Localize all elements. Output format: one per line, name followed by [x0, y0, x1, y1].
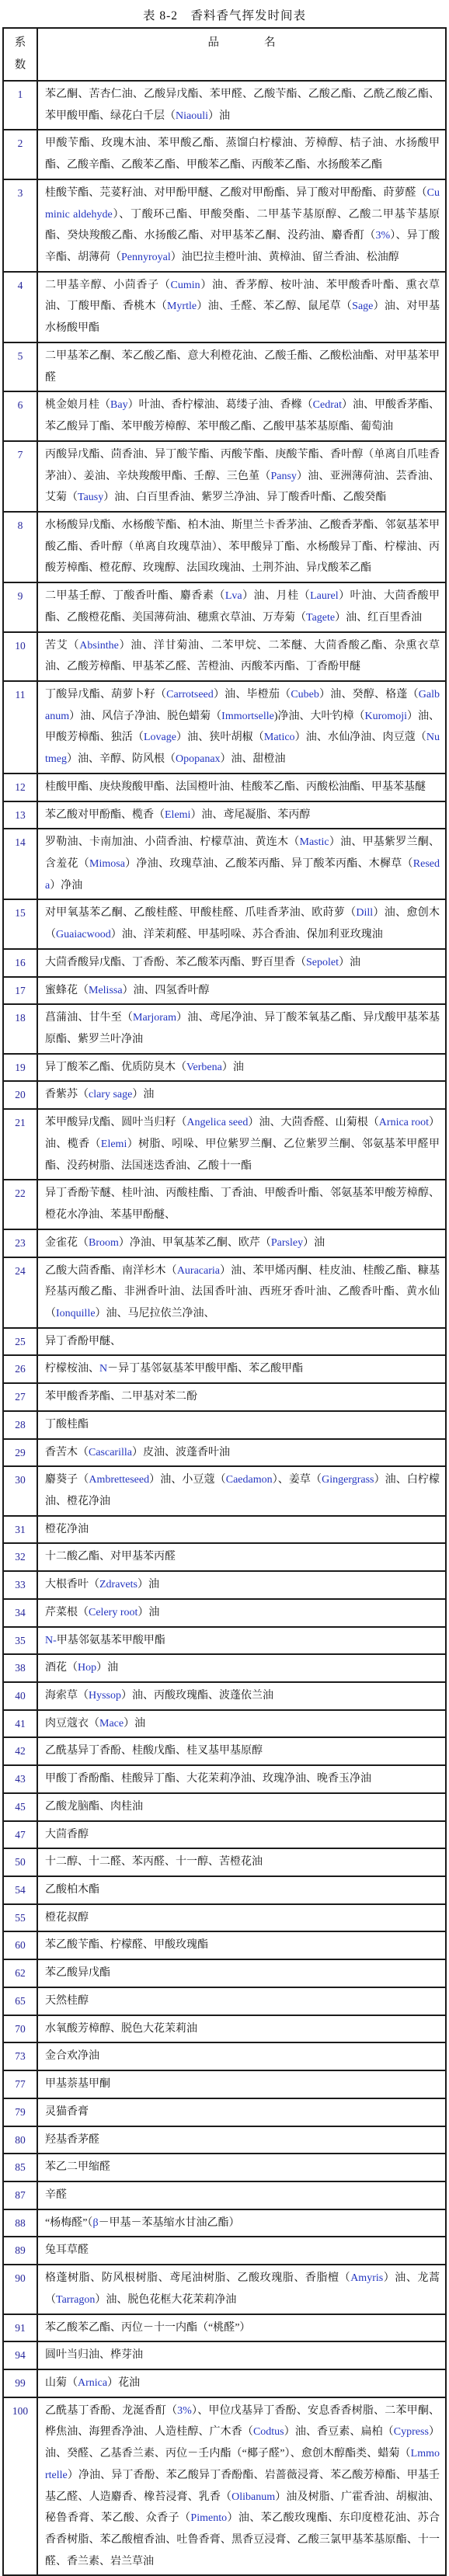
row-coefficient: 23 [3, 1229, 37, 1257]
latin-text: Lva [225, 590, 242, 602]
row-items: 苦艾（Absinthe）油、洋甘菊油、二苯甲烷、二苯醚、大茴香酸乙酯、杂熏衣草油… [37, 632, 446, 681]
latin-text: Marjoram [133, 1012, 176, 1024]
table-row: 29香苦木（Cascarilla）皮油、波蓬香叶油 [3, 1439, 446, 1467]
row-items: 苯甲酸异戊酯、圆叶当归籽（Angelica seed）油、大茴香醛、山菊根（Ar… [37, 1109, 446, 1180]
row-coefficient: 80 [3, 2126, 37, 2154]
row-coefficient: 90 [3, 2265, 37, 2314]
table-row: 26柠檬桉油、N－异丁基邻氨基苯甲酸甲酯、苯乙酸甲酯 [3, 1355, 446, 1383]
row-coefficient: 11 [3, 681, 37, 773]
row-items: 甲基萘基甲酮 [37, 2070, 446, 2098]
row-coefficient: 27 [3, 1383, 37, 1411]
table-row: 22异丁香酚苄醚、桂叶油、丙酸桂酯、丁香油、甲酸香叶酯、邻氨基苯甲酸芳樟醇、橙花… [3, 1180, 446, 1229]
row-coefficient: 42 [3, 1737, 37, 1765]
table-row: 30麝葵子（Ambretteseed）油、小豆蔻（Caedamon）、姜草（Gi… [3, 1466, 446, 1515]
latin-text: Gingergrass [322, 1474, 374, 1486]
latin-text: Codtus [253, 2426, 284, 2438]
row-coefficient: 8 [3, 512, 37, 582]
row-coefficient: 21 [3, 1109, 37, 1180]
row-coefficient: 16 [3, 949, 37, 977]
table-row: 62苯乙酸异戊酯 [3, 1959, 446, 1987]
table-row: 54乙酸柏木酯 [3, 1876, 446, 1904]
row-items: 大茴香酸异戊酯、丁香酚、苯乙酸苯丙酯、野百里香（Sepolet）油 [37, 949, 446, 977]
table-row: 99山菊（Arnica）花油 [3, 2369, 446, 2397]
row-coefficient: 87 [3, 2181, 37, 2209]
latin-text: Laurel [310, 590, 339, 602]
row-coefficient: 50 [3, 1848, 37, 1876]
table-body: 1苯乙酮、苦杏仁油、乙酸异戊酯、苯甲醛、乙酸苄酯、乙酸乙酯、乙酰乙酸乙酯、苯甲酸… [3, 81, 446, 2575]
row-items: 乙酸大茴香酯、南洋杉木（Auracaria）油、苯甲烯丙酮、桂皮油、桂酸乙酯、糠… [37, 1257, 446, 1328]
row-items: 金合欢净油 [37, 2042, 446, 2070]
table-row: 100乙酰基丁香酚、龙涎香酊（3%）、甲位戊基异丁香酚、安息香香树脂、二苯甲酮、… [3, 2397, 446, 2576]
row-items: 桂酸甲酯、庚炔羧酸甲酯、法国橙叶油、桂酸苯乙酯、丙酸松油酯、甲基苯基醚 [37, 773, 446, 801]
table-row: 91苯乙酸苯乙酯、丙位－十一内酯（“桃醛”） [3, 2314, 446, 2342]
table-row: 90格蓬树脂、防风根树脂、鸢尾油树脂、乙酸玫瑰脂、香脂檀（Amyris）油、龙蒿… [3, 2265, 446, 2314]
row-coefficient: 18 [3, 1004, 37, 1053]
row-coefficient: 55 [3, 1904, 37, 1932]
row-items: 灵猫香膏 [37, 2098, 446, 2126]
row-items: 乙酰基丁香酚、龙涎香酊（3%）、甲位戊基异丁香酚、安息香香树脂、二苯甲酮、桦焦油… [37, 2397, 446, 2576]
row-coefficient: 47 [3, 1821, 37, 1849]
latin-text: Caedamon [226, 1474, 273, 1486]
latin-text: Celery root [89, 1607, 137, 1618]
row-coefficient: 12 [3, 773, 37, 801]
table-row: 87辛醛 [3, 2181, 446, 2209]
row-items: N-甲基邻氨基苯甲酸甲酯 [37, 1627, 446, 1655]
row-items: 甲酸丁香酚酯、桂酸异丁酯、大花茉莉净油、玫瑰净油、晚香玉净油 [37, 1765, 446, 1793]
row-items: 圆叶当归油、桦芽油 [37, 2341, 446, 2369]
table-row: 34芹菜根（Celery root）油 [3, 1599, 446, 1627]
latin-text: Carrotseed [166, 689, 214, 700]
latin-text: Dill [356, 907, 373, 919]
row-items: 乙酸柏木酯 [37, 1876, 446, 1904]
latin-text: Parsley [271, 1237, 303, 1249]
latin-text: Sepolet [306, 957, 339, 968]
table-row: 14罗勒油、卡南加油、小茴香油、柠檬草油、黄连木（Mastic）油、甲基紫罗兰酮… [3, 829, 446, 899]
row-items: 苯乙酸异戊酯 [37, 1959, 446, 1987]
latin-text: Opopanax [176, 753, 221, 765]
row-items: 海索草（Hyssop）油、丙酸玫瑰酯、波蓬依兰油 [37, 1682, 446, 1710]
latin-text: Broom [89, 1237, 119, 1249]
table-row: 79灵猫香膏 [3, 2098, 446, 2126]
row-items: 异丁香酚苄醚、桂叶油、丙酸桂酯、丁香油、甲酸香叶酯、邻氨基苯甲酸芳樟醇、橙花水净… [37, 1180, 446, 1229]
header-row: 系 数 品 名 [3, 28, 446, 81]
row-coefficient: 9 [3, 582, 37, 631]
row-coefficient: 54 [3, 1876, 37, 1904]
latin-text: Matico [264, 732, 295, 743]
row-coefficient: 26 [3, 1355, 37, 1383]
row-coefficient: 89 [3, 2237, 37, 2265]
row-coefficient: 17 [3, 977, 37, 1005]
row-items: 橙花净油 [37, 1516, 446, 1544]
latin-text: Absinthe [79, 640, 119, 652]
row-coefficient: 31 [3, 1516, 37, 1544]
row-items: 对甲氧基苯乙酮、乙酸桂醛、甲酸桂醛、爪哇香茅油、欧莳萝（Dill）油、愈创木（G… [37, 899, 446, 948]
row-items: 橙花叔醇 [37, 1904, 446, 1932]
row-coefficient: 100 [3, 2397, 37, 2576]
column-header-coefficient-line2: 数 [4, 54, 37, 77]
row-items: 丙酸异戊酯、茴香油、异丁酸苄酯、丙酸苄酯、庚酸苄酯、香叶醇（单离自爪哇香茅油）、… [37, 441, 446, 512]
row-coefficient: 4 [3, 272, 37, 342]
table-row: 12桂酸甲酯、庚炔羧酸甲酯、法国橙叶油、桂酸苯乙酯、丙酸松油酯、甲基苯基醚 [3, 773, 446, 801]
row-coefficient: 43 [3, 1765, 37, 1793]
row-coefficient: 79 [3, 2098, 37, 2126]
latin-text: Hyssop [89, 1690, 121, 1702]
row-items: 二甲基壬醇、丁酸香叶酯、麝香素（Lva）油、月桂（Laurel）叶油、大茴香酸甲… [37, 582, 446, 631]
row-coefficient: 40 [3, 1682, 37, 1710]
row-items: 水氧酸芳樟醇、脱色大花茉莉油 [37, 2015, 446, 2043]
table-row: 80羟基香茅醛 [3, 2126, 446, 2154]
table-row: 27苯甲酸香茅酯、二甲基对苯二酚 [3, 1383, 446, 1411]
latin-text: Immortselle [221, 711, 274, 722]
latin-text: Auracaria [177, 1265, 220, 1277]
row-items: 蜜蜂花（Melissa）油、四氢香叶醇 [37, 977, 446, 1005]
table-row: 35N-甲基邻氨基苯甲酸甲酯 [3, 1627, 446, 1655]
table-row: 15对甲氧基苯乙酮、乙酸桂醛、甲酸桂醛、爪哇香茅油、欧莳萝（Dill）油、愈创木… [3, 899, 446, 948]
table-row: 31橙花净油 [3, 1516, 446, 1544]
row-coefficient: 73 [3, 2042, 37, 2070]
table-row: 85苯乙二甲缩醛 [3, 2154, 446, 2181]
row-items: 丁酸桂酯 [37, 1411, 446, 1439]
column-header-coefficient: 系 数 [3, 28, 37, 81]
row-items: “杨梅醛”（β－甲基－苯基缩水甘油乙酯） [37, 2209, 446, 2237]
latin-text: Tagete [306, 612, 335, 624]
row-coefficient: 25 [3, 1328, 37, 1356]
row-items: 苯乙二甲缩醛 [37, 2154, 446, 2181]
table-row: 3桂酸苄酯、芫荽籽油、对甲酚甲醚、乙酸对甲酚酯、异丁酸对甲酚酯、莳萝醛（Cumi… [3, 179, 446, 272]
table-row: 70水氧酸芳樟醇、脱色大花茉莉油 [3, 2015, 446, 2043]
row-items: 十二醇、十二醛、苯丙醛、十一醇、苦橙花油 [37, 1848, 446, 1876]
row-coefficient: 2 [3, 130, 37, 179]
latin-text: Hop [78, 1662, 96, 1674]
row-items: 异丁香酚甲醚、 [37, 1328, 446, 1356]
table-row: 16大茴香酸异戊酯、丁香酚、苯乙酸苯丙酯、野百里香（Sepolet）油 [3, 949, 446, 977]
row-coefficient: 99 [3, 2369, 37, 2397]
latin-text: Arnica [78, 2377, 107, 2389]
latin-text: N- [45, 1635, 57, 1646]
row-items: 苯乙酮、苦杏仁油、乙酸异戊酯、苯甲醛、乙酸苄酯、乙酸乙酯、乙酰乙酸乙酯、苯甲酸甲… [37, 81, 446, 130]
table-row: 32十二酸乙酯、对甲基苯丙醛 [3, 1543, 446, 1571]
row-coefficient: 24 [3, 1257, 37, 1328]
latin-text: Cuminic aldehyde [45, 187, 440, 221]
row-items: 甲酸苄酯、玫瑰木油、苯甲酸乙酯、蒸馏白柠檬油、芳樟醇、桔子油、水扬酸甲酯、乙酸辛… [37, 130, 446, 179]
table-row: 9二甲基壬醇、丁酸香叶酯、麝香素（Lva）油、月桂（Laurel）叶油、大茴香酸… [3, 582, 446, 631]
latin-text: Mimosa [89, 858, 125, 870]
row-coefficient: 28 [3, 1411, 37, 1439]
row-items: 苯甲酸香茅酯、二甲基对苯二酚 [37, 1383, 446, 1411]
table-row: 4二甲基辛醇、小茴香子（Cumin）油、香茅醇、桉叶油、苯甲酸香叶酯、熏衣草油、… [3, 272, 446, 342]
row-coefficient: 65 [3, 1987, 37, 2015]
row-coefficient: 88 [3, 2209, 37, 2237]
row-coefficient: 33 [3, 1571, 37, 1599]
latin-text: Niaouli [176, 110, 208, 122]
table-row: 38酒花（Hop）油 [3, 1654, 446, 1682]
row-items: 肉豆蔻衣（Mace）油 [37, 1710, 446, 1738]
column-header-coefficient-line1: 系 [4, 32, 37, 54]
latin-text: Cubeb [291, 689, 319, 700]
row-coefficient: 22 [3, 1180, 37, 1229]
row-items: 乙酸龙脑酯、肉桂油 [37, 1793, 446, 1821]
table-row: 45乙酸龙脑酯、肉桂油 [3, 1793, 446, 1821]
latin-text: Arnica root [379, 1117, 429, 1128]
latin-text: Pansy [270, 471, 296, 482]
latin-text: clary sage [89, 1089, 132, 1100]
table-row: 47大茴香醇 [3, 1821, 446, 1849]
table-row: 43甲酸丁香酚酯、桂酸异丁酯、大花茉莉净油、玫瑰净油、晚香玉净油 [3, 1765, 446, 1793]
table-row: 25异丁香酚甲醚、 [3, 1328, 446, 1356]
latin-text: Sage [352, 301, 373, 312]
table-row: 24乙酸大茴香酯、南洋杉木（Auracaria）油、苯甲烯丙酮、桂皮油、桂酸乙酯… [3, 1257, 446, 1328]
row-coefficient: 34 [3, 1599, 37, 1627]
latin-text: Ionquille [56, 1308, 96, 1319]
latin-text: Lovage [144, 732, 176, 743]
row-coefficient: 62 [3, 1959, 37, 1987]
table-row: 89兔耳草醛 [3, 2237, 446, 2265]
table-row: 19异丁酸苯乙酯、优质防臭木（Verbena）油 [3, 1054, 446, 1082]
table-row: 73金合欢净油 [3, 2042, 446, 2070]
row-items: 芹菜根（Celery root）油 [37, 1599, 446, 1627]
row-coefficient: 41 [3, 1710, 37, 1738]
table-row: 8水杨酸异戊酯、水杨酸苄酯、柏木油、斯里兰卡香茅油、乙酸香茅酯、邻氨基苯甲酸乙酯… [3, 512, 446, 582]
latin-text: Olibanum [231, 2491, 275, 2503]
table-row: 42乙酰基异丁香酚、桂酸戊酯、桂叉基甲基原醇 [3, 1737, 446, 1765]
table-row: 5二甲基苯乙酮、苯乙酸乙酯、意大利橙花油、乙酸壬酯、乙酸松油酯、对甲基苯甲醛 [3, 342, 446, 391]
row-items: 天然桂醇 [37, 1987, 446, 2015]
latin-text: Tarragon [56, 2294, 95, 2306]
row-items: 金雀花（Broom）净油、甲氧基苯乙酮、欧芹（Parsley）油 [37, 1229, 446, 1257]
table-row: 23金雀花（Broom）净油、甲氧基苯乙酮、欧芹（Parsley）油 [3, 1229, 446, 1257]
row-coefficient: 70 [3, 2015, 37, 2043]
table-row: 6桃金娘月桂（Bay）叶油、香柠檬油、葛缕子油、香橼（Cedrat）油、甲酸香茅… [3, 391, 446, 440]
row-items: 苯乙酸苄酯、柠檬醛、甲酸玫瑰酯 [37, 1931, 446, 1959]
latin-text: N [99, 1363, 107, 1375]
table-row: 65天然桂醇 [3, 1987, 446, 2015]
latin-text: Kuromoji [365, 711, 407, 722]
row-coefficient: 29 [3, 1439, 37, 1467]
row-items: 香苦木（Cascarilla）皮油、波蓬香叶油 [37, 1439, 446, 1467]
table-row: 50十二醇、十二醛、苯丙醛、十一醇、苦橙花油 [3, 1848, 446, 1876]
latin-text: Amyris [350, 2272, 383, 2284]
row-coefficient: 19 [3, 1054, 37, 1082]
page-title: 表 8-2 香料香气挥发时间表 [0, 5, 449, 27]
row-coefficient: 60 [3, 1931, 37, 1959]
table-row: 33大根香叶（Zdravets）油 [3, 1571, 446, 1599]
latin-text: Cedrat [313, 399, 342, 411]
latin-text: 3% [375, 230, 390, 242]
row-items: 香紫苏（clary sage）油 [37, 1081, 446, 1109]
latin-text: Guaiacwood [56, 929, 111, 940]
table-row: 7丙酸异戊酯、茴香油、异丁酸苄酯、丙酸苄酯、庚酸苄酯、香叶醇（单离自爪哇香茅油）… [3, 441, 446, 512]
row-coefficient: 45 [3, 1793, 37, 1821]
row-coefficient: 1 [3, 81, 37, 130]
table-row: 28丁酸桂酯 [3, 1411, 446, 1439]
row-coefficient: 85 [3, 2154, 37, 2181]
row-coefficient: 91 [3, 2314, 37, 2342]
row-coefficient: 6 [3, 391, 37, 440]
row-items: 辛醛 [37, 2181, 446, 2209]
table-row: 1苯乙酮、苦杏仁油、乙酸异戊酯、苯甲醛、乙酸苄酯、乙酸乙酯、乙酰乙酸乙酯、苯甲酸… [3, 81, 446, 130]
table-row: 77甲基萘基甲酮 [3, 2070, 446, 2098]
row-coefficient: 32 [3, 1543, 37, 1571]
table-row: 17蜜蜂花（Melissa）油、四氢香叶醇 [3, 977, 446, 1005]
row-items: 麝葵子（Ambretteseed）油、小豆蔻（Caedamon）、姜草（Ging… [37, 1466, 446, 1515]
row-items: 柠檬桉油、N－异丁基邻氨基苯甲酸甲酯、苯乙酸甲酯 [37, 1355, 446, 1383]
row-items: 山菊（Arnica）花油 [37, 2369, 446, 2397]
latin-text: Pennyroyal [121, 252, 171, 263]
row-coefficient: 77 [3, 2070, 37, 2098]
row-items: 大根香叶（Zdravets）油 [37, 1571, 446, 1599]
latin-text: Lmmortelle [45, 2448, 440, 2481]
latin-text: Angelica seed [186, 1117, 248, 1128]
row-items: 乙酰基异丁香酚、桂酸戊酯、桂叉基甲基原醇 [37, 1737, 446, 1765]
row-coefficient: 38 [3, 1654, 37, 1682]
row-items: 丁酸异戊酯、葫萝卜籽（Carrotseed）油、毕橙茄（Cubeb）油、癸醇、格… [37, 681, 446, 773]
fragrance-volatility-table: 系 数 品 名 1苯乙酮、苦杏仁油、乙酸异戊酯、苯甲醛、乙酸苄酯、乙酸乙酯、乙酰… [2, 27, 447, 2576]
row-items: 桂酸苄酯、芫荽籽油、对甲酚甲醚、乙酸对甲酚酯、异丁酸对甲酚酯、莳萝醛（Cumin… [37, 179, 446, 272]
row-coefficient: 5 [3, 342, 37, 391]
row-coefficient: 3 [3, 179, 37, 272]
table-row: 10苦艾（Absinthe）油、洋甘菊油、二苯甲烷、二苯醚、大茴香酸乙酯、杂熏衣… [3, 632, 446, 681]
latin-text: Verbena [186, 1062, 222, 1073]
row-items: 异丁酸苯乙酯、优质防臭木（Verbena）油 [37, 1054, 446, 1082]
row-items: 罗勒油、卡南加油、小茴香油、柠檬草油、黄连木（Mastic）油、甲基紫罗兰酮、含… [37, 829, 446, 899]
table-row: 11丁酸异戊酯、葫萝卜籽（Carrotseed）油、毕橙茄（Cubeb）油、癸醇… [3, 681, 446, 773]
latin-text: Nutmeg [45, 732, 440, 765]
table-row: 60苯乙酸苄酯、柠檬醛、甲酸玫瑰酯 [3, 1931, 446, 1959]
row-items: 水杨酸异戊酯、水杨酸苄酯、柏木油、斯里兰卡香茅油、乙酸香茅酯、邻氨基苯甲酸乙酯、… [37, 512, 446, 582]
table-row: 55橙花叔醇 [3, 1904, 446, 1932]
latin-text: Bay [110, 399, 128, 411]
latin-text: Ambretteseed [89, 1474, 149, 1486]
row-items: 大茴香醇 [37, 1821, 446, 1849]
table-row: 18菖蒲油、甘牛至（Marjoram）油、鸢尾净油、异丁酸苯氧基乙酯、异戊酸甲基… [3, 1004, 446, 1053]
row-coefficient: 35 [3, 1627, 37, 1655]
table-row: 94圆叶当归油、桦芽油 [3, 2341, 446, 2369]
row-items: 十二酸乙酯、对甲基苯丙醛 [37, 1543, 446, 1571]
latin-text: 3% [177, 2405, 192, 2417]
row-items: 二甲基苯乙酮、苯乙酸乙酯、意大利橙花油、乙酸壬酯、乙酸松油酯、对甲基苯甲醛 [37, 342, 446, 391]
latin-text: Cumin [171, 280, 200, 291]
latin-text: Myrtle [167, 301, 197, 312]
row-coefficient: 20 [3, 1081, 37, 1109]
row-items: 桃金娘月桂（Bay）叶油、香柠檬油、葛缕子油、香橼（Cedrat）油、甲酸香茅酯… [37, 391, 446, 440]
row-items: 二甲基辛醇、小茴香子（Cumin）油、香茅醇、桉叶油、苯甲酸香叶酯、熏衣草油、丁… [37, 272, 446, 342]
row-coefficient: 15 [3, 899, 37, 948]
row-items: 格蓬树脂、防风根树脂、鸢尾油树脂、乙酸玫瑰脂、香脂檀（Amyris）油、龙蒿（T… [37, 2265, 446, 2314]
row-items: 兔耳草醛 [37, 2237, 446, 2265]
table-row: 20香紫苏（clary sage）油 [3, 1081, 446, 1109]
row-coefficient: 7 [3, 441, 37, 512]
row-items: 苯乙酸对甲酚酯、榄香（Elemi）油、鸢尾凝脂、苯丙醇 [37, 801, 446, 829]
latin-text: Tausy [78, 492, 103, 503]
latin-text: Pimento [190, 2512, 227, 2524]
document-page: 表 8-2 香料香气挥发时间表 系 数 品 名 1苯乙酮、苦杏仁油、乙酸异戊酯、… [0, 0, 449, 2576]
table-row: 2甲酸苄酯、玫瑰木油、苯甲酸乙酯、蒸馏白柠檬油、芳樟醇、桔子油、水扬酸甲酯、乙酸… [3, 130, 446, 179]
latin-text: Zdravets [99, 1579, 137, 1590]
row-coefficient: 13 [3, 801, 37, 829]
table-row: 40海索草（Hyssop）油、丙酸玫瑰酯、波蓬依兰油 [3, 1682, 446, 1710]
latin-text: Elemi [165, 809, 190, 821]
latin-text: Melissa [89, 985, 123, 996]
latin-text: Mastic [300, 836, 329, 848]
latin-text: Cypress [394, 2426, 429, 2438]
row-coefficient: 94 [3, 2341, 37, 2369]
table-row: 88“杨梅醛”（β－甲基－苯基缩水甘油乙酯） [3, 2209, 446, 2237]
latin-text: Mace [99, 1718, 124, 1730]
row-items: 酒花（Hop）油 [37, 1654, 446, 1682]
latin-text: Cascarilla [89, 1447, 132, 1458]
latin-text: Elemi [101, 1139, 127, 1150]
latin-text: β [92, 2217, 98, 2229]
table-row: 41肉豆蔻衣（Mace）油 [3, 1710, 446, 1738]
row-coefficient: 14 [3, 829, 37, 899]
row-items: 羟基香茅醛 [37, 2126, 446, 2154]
row-items: 苯乙酸苯乙酯、丙位－十一内酯（“桃醛”） [37, 2314, 446, 2342]
row-items: 菖蒲油、甘牛至（Marjoram）油、鸢尾净油、异丁酸苯氧基乙酯、异戊酸甲基苯基… [37, 1004, 446, 1053]
column-header-product-name: 品 名 [37, 28, 446, 81]
table-row: 13苯乙酸对甲酚酯、榄香（Elemi）油、鸢尾凝脂、苯丙醇 [3, 801, 446, 829]
row-coefficient: 10 [3, 632, 37, 681]
row-coefficient: 30 [3, 1466, 37, 1515]
table-row: 21苯甲酸异戊酯、圆叶当归籽（Angelica seed）油、大茴香醛、山菊根（… [3, 1109, 446, 1180]
